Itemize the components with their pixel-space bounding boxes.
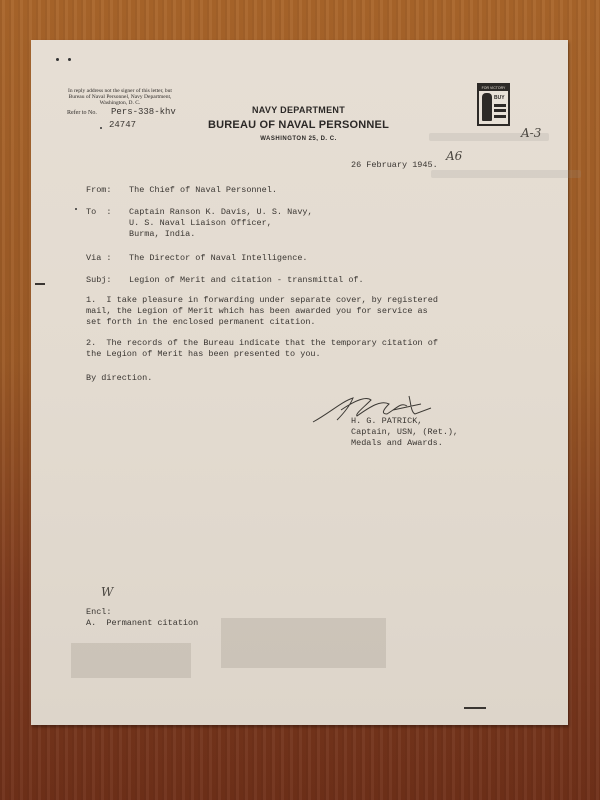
field-value: Captain Ranson K. Davis, U. S. Navy, U. …	[129, 207, 313, 240]
field-value: The Director of Naval Intelligence.	[129, 253, 308, 264]
margin-mark	[464, 707, 486, 709]
punch-mark	[56, 58, 59, 61]
reply-instructions: In reply address not the signer of this …	[61, 88, 179, 106]
handwritten-initials: A6	[446, 149, 462, 163]
enclosure-item: A. Permanent citation	[86, 618, 198, 629]
field-label: To :	[86, 207, 124, 218]
war-bonds-emblem: FOR VICTORY BUY	[477, 83, 510, 126]
letterhead-bureau: BUREAU OF NAVAL PERSONNEL	[191, 119, 406, 131]
closing: By direction.	[86, 373, 152, 384]
handwritten-file-code: A-3	[521, 126, 541, 140]
erased-area	[71, 643, 191, 678]
handwritten-mark: W	[101, 585, 113, 599]
margin-dot	[75, 208, 77, 210]
letter-page: In reply address not the signer of this …	[31, 40, 568, 725]
field-to: To : Captain Ranson K. Davis, U. S. Navy…	[86, 207, 106, 251]
file-number: 24747	[109, 120, 136, 130]
field-label: From:	[86, 185, 124, 196]
field-value: Legion of Merit and citation - transmitt…	[129, 275, 364, 286]
signer-rank: Captain, USN, (Ret.),	[351, 427, 458, 438]
paragraph-1: 1. I take pleasure in forwarding under s…	[86, 295, 438, 328]
field-label: Via :	[86, 253, 124, 264]
refer-label: Refer to No.	[67, 110, 97, 116]
margin-dot	[100, 127, 102, 129]
emblem-top-text: FOR VICTORY	[479, 85, 508, 91]
letterhead-department: NAVY DEPARTMENT	[201, 105, 396, 115]
letter-date: 26 February 1945.	[351, 160, 438, 170]
field-value: The Chief of Naval Personnel.	[129, 185, 277, 196]
margin-fold-mark	[35, 283, 45, 285]
field-label: Subj:	[86, 275, 124, 286]
punch-mark	[68, 58, 71, 61]
received-stamp-faint	[431, 170, 581, 178]
paragraph-2: 2. The records of the Bureau indicate th…	[86, 338, 438, 360]
signer-name: H. G. PATRICK,	[351, 416, 422, 427]
soldier-figure-icon	[482, 93, 492, 121]
refer-number: Pers-338-khv	[111, 107, 176, 117]
signer-office: Medals and Awards.	[351, 438, 443, 449]
enclosure-label: Encl:	[86, 607, 112, 618]
letterhead-location: WASHINGTON 25, D. C.	[206, 136, 391, 142]
erased-area	[221, 618, 386, 668]
emblem-main-text: BUY	[494, 95, 505, 101]
